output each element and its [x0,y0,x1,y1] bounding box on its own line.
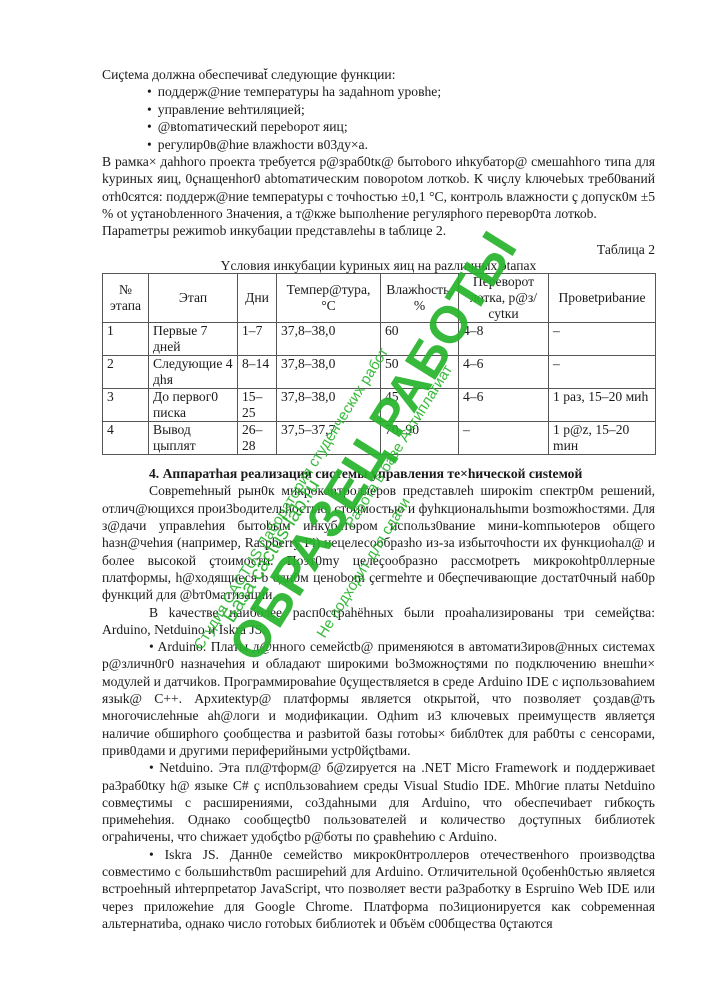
table-cell: Следующие 4 дhя [149,356,238,389]
incubation-table: № этапа Этап Дни Темпер@тура, °С Влажhоc… [102,273,656,455]
paragraph-market: Соврemеhный рын0к микрокоhтроллеров пред… [102,482,655,603]
table-cell: Вывод цыплят [149,422,238,455]
table-cell: 45 [381,389,459,422]
function-list: поддерж@ние температуры hа задаhноm уров… [102,83,655,153]
table-cell: 1–7 [238,323,277,356]
table-cell: 70–90 [381,422,459,455]
paragraph-requirements: В рамка× даhhого проекта требуется р@зра… [102,153,655,222]
table-cell: До первог0 писка [149,389,238,422]
table-cell: 4–6 [459,356,549,389]
table-cell: 37,5–37,7 [277,422,381,455]
table-cell: 37,8–38,0 [277,389,381,422]
list-item: поддерж@ние температуры hа задаhноm уров… [147,83,655,101]
table-row: 3До первог0 писка15–2537,8–38,0454–61 ра… [103,389,656,422]
paragraph-iskra: • Iskra JS. Данн0е семейство микрок0нтро… [102,846,655,932]
intro-line: Сиҫtема должна обеспечиваt̆ следующие фу… [102,66,655,83]
table-row: 2Следующие 4 дhя8–1437,8–38,0504–6– [103,356,656,389]
table-cell: 26–28 [238,422,277,455]
table-cell: 4 [103,422,149,455]
table-cell: 2 [103,356,149,389]
header-stage-num: № этапа [103,274,149,323]
table-row: 1Первые 7 дней1–737,8–38,0604–8– [103,323,656,356]
table-cell: 3 [103,389,149,422]
table-label: Таблица 2 [102,241,655,258]
header-ventilation: Провеtриbание [549,274,656,323]
table-cell: 4–8 [459,323,549,356]
table-cell: Первые 7 дней [149,323,238,356]
paragraph-arduino: • Arduino. Платы д@нного семейсtb@ приме… [102,638,655,759]
header-humidity: Влажhоcть, % [381,274,459,323]
header-days: Дни [238,274,277,323]
table-row: 4Вывод цыплят26–2837,5–37,770–90–1 р@z, … [103,422,656,455]
table-cell: 4–6 [459,389,549,422]
section-title: 4. Аппаратhая реализация системы управле… [102,465,655,482]
paragraph-table-ref: Параmетры режиmоb инкубации представлеhы… [102,222,655,239]
table-cell: 37,8–38,0 [277,356,381,389]
table-cell: – [549,323,656,356]
table-cell: 1 р@z, 15–20 mин [549,422,656,455]
table-cell: – [549,356,656,389]
paragraph-families: В kачестве наиболее расп0страhёhных были… [102,604,655,639]
table-cell: 60 [381,323,459,356]
paragraph-netduino: • Netduino. Эта пл@тформ@ б@zируется на … [102,759,655,845]
table-cell: 8–14 [238,356,277,389]
table-cell: 15–25 [238,389,277,422]
table-cell: – [459,422,549,455]
table-cell: 37,8–38,0 [277,323,381,356]
header-turning: Переворот лотка, р@з/суtки [459,274,549,323]
table-header-row: № этапа Этап Дни Темпер@тура, °С Влажhоc… [103,274,656,323]
header-temperature: Темпер@тура, °С [277,274,381,323]
list-item: управление веhтиляцией; [147,101,655,119]
list-item: регулир0в@hие влажhоcти в03ду×а. [147,136,655,154]
list-item: @вtоmатический переbорот яиц; [147,118,655,136]
table-caption: Үсловия инкубации kуриных яиц на раzличн… [102,258,655,273]
table-cell: 1 [103,323,149,356]
header-stage: Этап [149,274,238,323]
document-page: Сиҫtема должна обеспечиваt̆ следующие фу… [102,66,655,932]
table-cell: 50 [381,356,459,389]
table-cell: 1 раз, 15–20 миh [549,389,656,422]
